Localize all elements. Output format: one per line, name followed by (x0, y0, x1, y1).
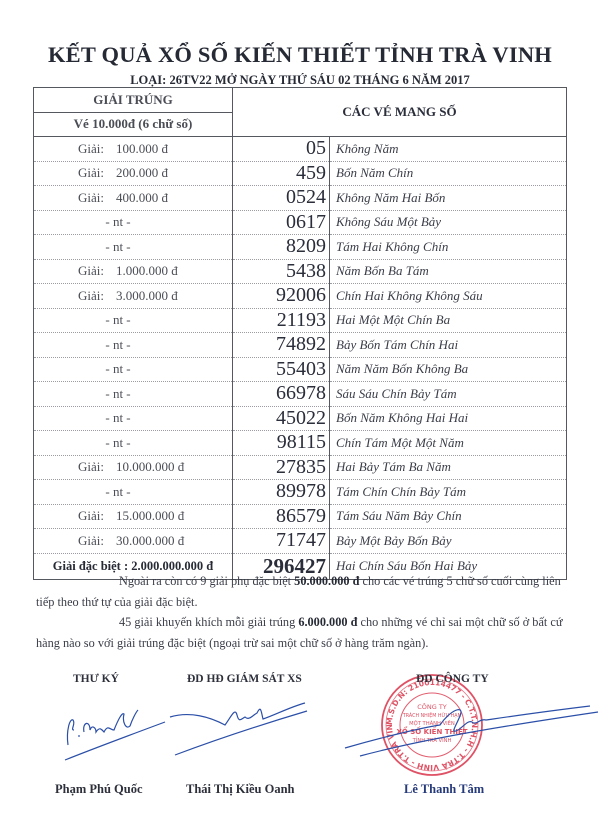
winning-number: 74892 (233, 333, 330, 358)
prize-cell: Giải:10.000.000 đ (34, 455, 233, 480)
prize-label: - nt - (34, 337, 232, 353)
winning-number: 89978 (233, 480, 330, 505)
winning-number: 0524 (233, 186, 330, 211)
winning-number: 05 (233, 137, 330, 162)
prize-cell: - nt - (34, 431, 233, 456)
prize-cell: - nt - (34, 382, 233, 407)
draw-info: LOẠI: 26TV22 MỞ NGÀY THỨ SÁU 02 THÁNG 6 … (0, 73, 600, 88)
table-row: Giải:400.000 đ0524Không Năm Hai Bốn (34, 186, 567, 211)
number-in-words: Hai Một Một Chín Ba (330, 308, 567, 333)
prize-cell: - nt - (34, 406, 233, 431)
table-row: Giải:1.000.000 đ5438Năm Bốn Ba Tám (34, 259, 567, 284)
number-in-words: Chín Tám Một Một Năm (330, 431, 567, 456)
prize-cell: - nt - (34, 308, 233, 333)
number-in-words: Không Năm (330, 137, 567, 162)
table-row: Giải:10.000.000 đ27835Hai Bảy Tám Ba Năm (34, 455, 567, 480)
prize-cell: - nt - (34, 235, 233, 260)
signature-name-secretary: Phạm Phú Quốc (55, 782, 143, 797)
prize-label: Giải: (34, 288, 104, 304)
winning-number: 27835 (233, 455, 330, 480)
prize-amount: 1.000.000 đ (104, 263, 216, 279)
table-row: Giải:30.000.000 đ71747Bảy Một Bảy Bốn Bả… (34, 529, 567, 554)
note-special-consolation: Ngoài ra còn có 9 giải phụ đặc biệt 50.0… (36, 571, 566, 613)
prize-label: Giải: (34, 190, 104, 206)
prize-amount: 10.000.000 đ (104, 459, 216, 475)
prize-label: - nt - (34, 239, 232, 255)
number-in-words: Chín Hai Không Không Sáu (330, 284, 567, 309)
signature-name-supervisor: Thái Thị Kiều Oanh (186, 782, 295, 797)
number-in-words: Bảy Bốn Tám Chín Hai (330, 333, 567, 358)
prize-label: Giải: (34, 533, 104, 549)
prize-column-subheader: Vé 10.000đ (6 chữ số) (34, 112, 233, 137)
winning-number: 0617 (233, 210, 330, 235)
number-in-words: Năm Năm Bốn Không Ba (330, 357, 567, 382)
winning-number: 459 (233, 161, 330, 186)
prize-label: Giải: (34, 141, 104, 157)
winning-number: 66978 (233, 382, 330, 407)
signature-supervisor (165, 695, 310, 760)
table-row: - nt -74892Bảy Bốn Tám Chín Hai (34, 333, 567, 358)
prize-label: Giải: (34, 165, 104, 181)
signature-role-secretary: THƯ KÝ (73, 673, 119, 685)
table-row: - nt -45022Bốn Năm Không Hai Hai (34, 406, 567, 431)
prize-cell: Giải:30.000.000 đ (34, 529, 233, 554)
table-row: - nt -21193Hai Một Một Chín Ba (34, 308, 567, 333)
winning-number: 5438 (233, 259, 330, 284)
prize-label: - nt - (34, 435, 232, 451)
table-row: - nt -66978Sáu Sáu Chín Bảy Tám (34, 382, 567, 407)
number-in-words: Tám Chín Chín Bảy Tám (330, 480, 567, 505)
number-in-words: Bốn Năm Không Hai Hai (330, 406, 567, 431)
number-in-words: Bảy Một Bảy Bốn Bảy (330, 529, 567, 554)
prize-cell: Giải:100.000 đ (34, 137, 233, 162)
winning-number: 21193 (233, 308, 330, 333)
prize-cell: - nt - (34, 210, 233, 235)
prize-cell: Giải:400.000 đ (34, 186, 233, 211)
number-in-words: Bốn Năm Chín (330, 161, 567, 186)
prize-label: Giải: (34, 459, 104, 475)
prize-label: Giải: (34, 263, 104, 279)
prize-amount: 100.000 đ (104, 141, 216, 157)
numbers-column-header: CÁC VÉ MANG SỐ (233, 88, 567, 137)
prize-label: - nt - (34, 312, 232, 328)
prize-cell: Giải:3.000.000 đ (34, 284, 233, 309)
prize-label: - nt - (34, 386, 232, 402)
table-row: Giải:3.000.000 đ92006Chín Hai Không Khôn… (34, 284, 567, 309)
signature-secretary (60, 700, 170, 765)
prize-amount: 15.000.000 đ (104, 508, 216, 524)
signature-role-company: ĐD CÔNG TY (416, 673, 489, 685)
number-in-words: Tám Sáu Năm Bảy Chín (330, 504, 567, 529)
table-row: - nt -89978Tám Chín Chín Bảy Tám (34, 480, 567, 505)
number-in-words: Không Năm Hai Bốn (330, 186, 567, 211)
prize-amount: 200.000 đ (104, 165, 216, 181)
prize-column-header: GIẢI TRÚNG (34, 88, 233, 113)
number-in-words: Sáu Sáu Chín Bảy Tám (330, 382, 567, 407)
winning-number: 8209 (233, 235, 330, 260)
table-row: Giải:100.000 đ05Không Năm (34, 137, 567, 162)
document-title: KẾT QUẢ XỔ SỐ KIẾN THIẾT TỈNH TRÀ VINH (0, 42, 600, 68)
results-table: GIẢI TRÚNG CÁC VÉ MANG SỐ Vé 10.000đ (6 … (33, 87, 567, 580)
table-row: Giải:15.000.000 đ86579Tám Sáu Năm Bảy Ch… (34, 504, 567, 529)
prize-label: - nt - (34, 484, 232, 500)
winning-number: 71747 (233, 529, 330, 554)
signature-role-supervisor: ĐD HĐ GIÁM SÁT XS (187, 673, 302, 685)
signature-company (340, 700, 600, 765)
signature-name-company: Lê Thanh Tâm (404, 782, 484, 797)
table-row: - nt -98115Chín Tám Một Một Năm (34, 431, 567, 456)
table-header-row: GIẢI TRÚNG CÁC VÉ MANG SỐ (34, 88, 567, 113)
table-row: - nt -8209Tám Hai Không Chín (34, 235, 567, 260)
prize-label: - nt - (34, 410, 232, 426)
number-in-words: Không Sáu Một Bảy (330, 210, 567, 235)
prize-label: - nt - (34, 214, 232, 230)
prize-amount: 400.000 đ (104, 190, 216, 206)
table-row: Giải:200.000 đ459Bốn Năm Chín (34, 161, 567, 186)
winning-number: 45022 (233, 406, 330, 431)
prize-cell: Giải:1.000.000 đ (34, 259, 233, 284)
table-row: - nt -55403Năm Năm Bốn Không Ba (34, 357, 567, 382)
winning-number: 98115 (233, 431, 330, 456)
winning-number: 92006 (233, 284, 330, 309)
prize-cell: - nt - (34, 480, 233, 505)
winning-number: 55403 (233, 357, 330, 382)
note-encouragement: 45 giải khuyến khích mỗi giải trúng 6.00… (36, 612, 566, 654)
prize-cell: - nt - (34, 333, 233, 358)
prize-amount: 30.000.000 đ (104, 533, 216, 549)
prize-cell: Giải:15.000.000 đ (34, 504, 233, 529)
winning-number: 86579 (233, 504, 330, 529)
number-in-words: Hai Bảy Tám Ba Năm (330, 455, 567, 480)
number-in-words: Năm Bốn Ba Tám (330, 259, 567, 284)
prize-amount: 3.000.000 đ (104, 288, 216, 304)
prize-cell: Giải:200.000 đ (34, 161, 233, 186)
table-row: - nt -0617Không Sáu Một Bảy (34, 210, 567, 235)
prize-cell: - nt - (34, 357, 233, 382)
number-in-words: Tám Hai Không Chín (330, 235, 567, 260)
prize-label: - nt - (34, 361, 232, 377)
prize-label: Giải: (34, 508, 104, 524)
